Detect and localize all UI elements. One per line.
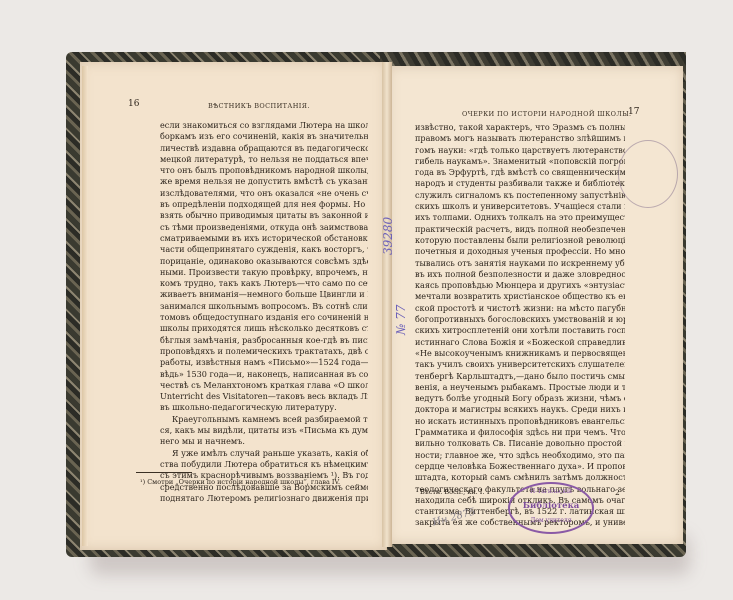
text-line: истиннаго Слова Божія и «Божеской справе… bbox=[415, 337, 625, 348]
text-line: ведутъ болѣе угодный Богу образъ жизни, … bbox=[415, 393, 625, 404]
text-line: доктора и магистры всякихъ наукъ. Среди … bbox=[415, 404, 625, 415]
left-page-number: 16 bbox=[128, 99, 139, 109]
left-running-head: ВѢСТНИКЪ ВОСПИТАНІЯ. bbox=[208, 102, 310, 110]
text-line: почетныя и доходныя ученыя профессіи. Но… bbox=[415, 246, 625, 257]
stamp-line-2: Библіотека bbox=[510, 501, 592, 511]
text-line: которую поставлены были религіозной рево… bbox=[415, 235, 625, 246]
text-line: Грамматика и философія здѣсь ни при чемъ… bbox=[415, 427, 625, 438]
text-line: взять обычно приводимыя цитаты въ законн… bbox=[160, 210, 368, 221]
text-line: личествѣ издавна обращаются въ педагогич… bbox=[160, 143, 368, 154]
text-line: школы приходятся лишь нѣсколько десятков… bbox=[160, 323, 368, 334]
text-line: сматриваемыми въ ихъ исторической обстан… bbox=[160, 233, 368, 244]
text-line: но искать истинныхъ проповѣдниковъ еванг… bbox=[415, 416, 625, 427]
text-line: же время нельзя не допустить вмѣстѣ съ у… bbox=[160, 176, 368, 187]
book-gutter bbox=[382, 62, 392, 547]
page-edge bbox=[82, 66, 88, 546]
text-line: въ ихъ полной безполезности и даже зловр… bbox=[415, 269, 625, 280]
text-line: года въ Эрфуртѣ, гдѣ вмѣстѣ со священнич… bbox=[415, 167, 625, 178]
text-line: такъ училъ своихъ университетскихъ слуша… bbox=[415, 359, 625, 370]
text-line: ся, какъ мы видѣли, цитаты изъ «Письма к… bbox=[160, 425, 368, 436]
text-line: ными. Произвести такую провѣрку, впрочем… bbox=[160, 267, 368, 278]
text-line: каясь проповѣдью Мюнцера и другихъ «энту… bbox=[415, 280, 625, 291]
text-line: вильно толковать Св. Писаніе довольно пр… bbox=[415, 438, 625, 449]
text-line: Unterricht des Visitatoren—таковъ весь в… bbox=[160, 391, 368, 402]
stamp-line-3: Дом учителя bbox=[510, 517, 592, 524]
text-line: тенбергѣ Карльштадтъ,—дано было постичь … bbox=[415, 371, 625, 382]
text-line: извѣстно, такой характеръ, что Эразмъ съ… bbox=[415, 122, 625, 133]
left-page-body: если знакомиться со взглядами Лютера на … bbox=[160, 120, 368, 504]
text-line: Я уже имѣлъ случай раньше указать, какія… bbox=[160, 448, 368, 459]
paragraph: если знакомиться со взглядами Лютера на … bbox=[160, 120, 368, 414]
text-line: порицаніе, одинаково оказываются совсѣмъ… bbox=[160, 256, 368, 267]
text-line: въ опредѣленіи подходящей для нея формы.… bbox=[160, 199, 368, 210]
signature-number: 2 bbox=[615, 488, 620, 497]
text-line: служилъ сигналомъ къ постепенному запуст… bbox=[415, 190, 625, 201]
paragraph: извѣстно, такой характеръ, что Эразмъ съ… bbox=[415, 122, 625, 529]
text-line: ихъ толпами. Однихъ толкалъ на это преим… bbox=[415, 212, 625, 223]
text-line: живаетъ вниманія—немного больше Цвингли … bbox=[160, 289, 368, 300]
library-stamp: Н-Тагильскій Библіотека Дом учителя bbox=[508, 482, 594, 534]
faded-round-stamp bbox=[618, 140, 678, 208]
text-line: мецкой литературѣ, то нельзя не поддатьс… bbox=[160, 154, 368, 165]
text-line: народъ и студенты разбивали также и библ… bbox=[415, 178, 625, 189]
text-line: изслѣдователями, что онъ оказался «не оч… bbox=[160, 188, 368, 199]
text-line: ства побудили Лютера обратиться къ нѣмец… bbox=[160, 459, 368, 470]
paragraph: Краеугольнымъ камнемъ всей разбираемой т… bbox=[160, 414, 368, 448]
printer-signature: Вѣстн. Восп., кн. I. bbox=[420, 488, 484, 496]
text-line: штадта, который самъ смѣнилъ затѣмъ долж… bbox=[415, 472, 625, 483]
ink-margin-mark: № 77 bbox=[394, 305, 408, 335]
stamp-line-1: Н-Тагильскій bbox=[510, 488, 592, 495]
text-line: сердце человѣка Божественнаго духа». И п… bbox=[415, 461, 625, 472]
text-line: «Не высокоученымъ книжникамъ и первосвящ… bbox=[415, 348, 625, 359]
left-footnote: ¹) Смотри „Очерки по исторіи народной шк… bbox=[140, 478, 340, 486]
text-line: если знакомиться со взглядами Лютера на … bbox=[160, 120, 368, 131]
text-line: проповѣдяхъ и полемическихъ трактатахъ, … bbox=[160, 346, 368, 357]
text-line: него мы и начнемъ. bbox=[160, 436, 368, 447]
text-line: скихъ школъ и университетовъ. Учащіеся с… bbox=[415, 201, 625, 212]
text-line: бѣглыя замѣчанія, разбросанныя кое-гдѣ в… bbox=[160, 335, 368, 346]
text-line: тывались отъ занятія науками по искренне… bbox=[415, 258, 625, 269]
text-line: практическій расчетъ, видъ полной необез… bbox=[415, 224, 625, 235]
text-line: работы, извѣстныя намъ «Письмо»—1524 год… bbox=[160, 357, 368, 368]
text-line: чествѣ съ Меланхтономъ краткая глава «О … bbox=[160, 380, 368, 391]
text-line: ской простотѣ и чистотѣ жизни: на мѣсто … bbox=[415, 303, 625, 314]
text-line: мечтали возвратить христіанское общество… bbox=[415, 291, 625, 302]
text-line: въ школьно-педагогическую литературу. bbox=[160, 402, 368, 413]
text-line: томовъ общедоступнаго изданія его сочине… bbox=[160, 312, 368, 323]
text-line: что онъ былъ проповѣдникомъ народной шко… bbox=[160, 165, 368, 176]
text-line: боркамъ изъ его сочиненій, какія въ знач… bbox=[160, 131, 368, 142]
ink-margin-number: 39280 bbox=[381, 217, 395, 255]
footnote-rule bbox=[136, 472, 192, 473]
text-line: венія, а неученымъ рыбакамъ. Простые люд… bbox=[415, 382, 625, 393]
text-line: съ тѣми произведеніями, откуда онѣ заимс… bbox=[160, 222, 368, 233]
right-running-head: ОЧЕРКИ ПО ИСТОРІИ НАРОДНОЙ ШКОЛЫ. bbox=[462, 110, 631, 118]
text-line: поднятаго Лютеромъ религіознаго движенія… bbox=[160, 493, 368, 504]
right-page-body: извѣстно, такой характеръ, что Эразмъ съ… bbox=[415, 122, 625, 529]
text-line: гибель наукамъ». Знаменитый «поповскій п… bbox=[415, 156, 625, 167]
right-page-number: 17 bbox=[628, 107, 639, 117]
text-line: Краеугольнымъ камнемъ всей разбираемой т… bbox=[160, 414, 368, 425]
text-line: гомъ науки: «гдѣ только царствуетъ лютер… bbox=[415, 145, 625, 156]
text-line: занимался школьнымъ вопросомъ. Въ сотнѣ … bbox=[160, 301, 368, 312]
text-line: правомъ могъ называть лютеранство злѣйши… bbox=[415, 133, 625, 144]
text-line: вѣдь» 1530 года—и, наконецъ, написанная … bbox=[160, 369, 368, 380]
paragraph: Я уже имѣлъ случай раньше указать, какія… bbox=[160, 448, 368, 504]
text-line: богопротивныхъ богословскихъ умствованій… bbox=[415, 314, 625, 325]
text-line: скихъ хитросплетеній они хотѣли поставит… bbox=[415, 325, 625, 336]
text-line: ности; главное же, что здѣсь необходимо,… bbox=[415, 450, 625, 461]
text-line: части общепринятаго сужденія, какъ восто… bbox=[160, 244, 368, 255]
text-line: комъ трудно, такъ какъ Лютеръ—что само п… bbox=[160, 278, 368, 289]
